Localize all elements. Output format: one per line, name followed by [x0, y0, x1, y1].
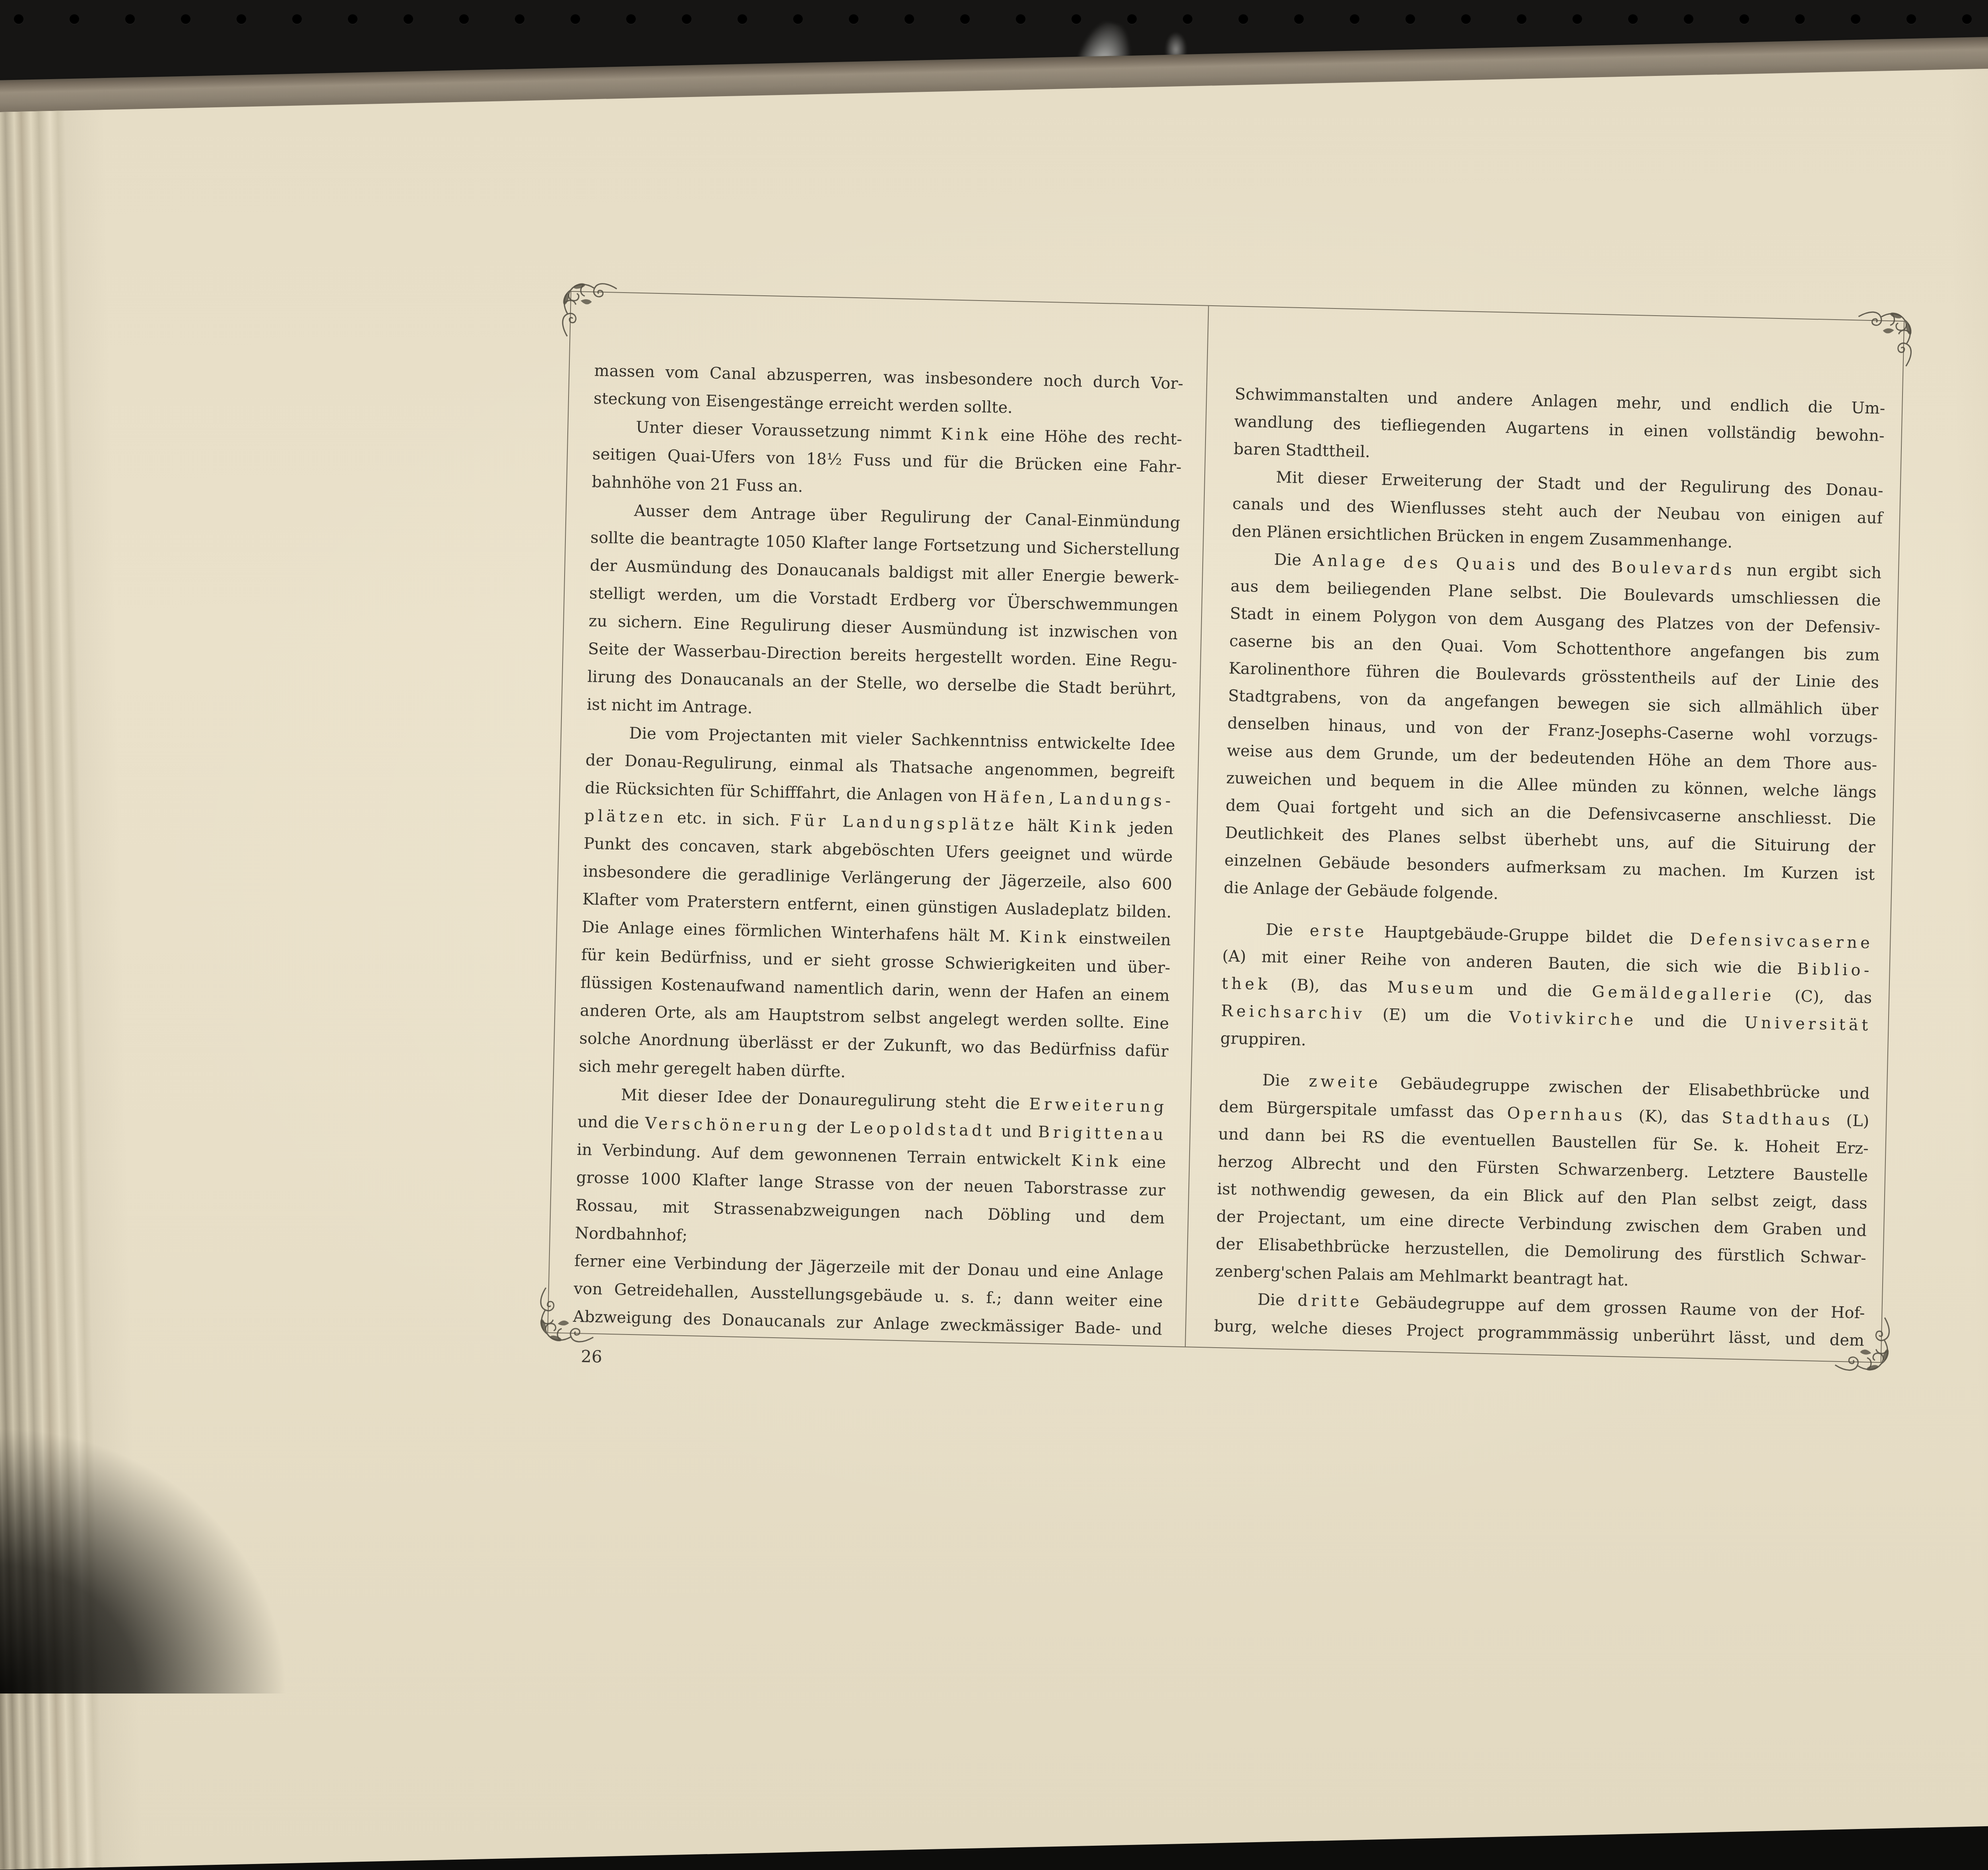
peg-hole: [70, 14, 79, 24]
letterspaced-term: Brigittenau: [1038, 1123, 1167, 1144]
peg-hole: [1239, 14, 1248, 24]
peg-hole: [849, 14, 858, 24]
peg-hole: [1851, 14, 1860, 24]
letterspaced-term: Leopoldstadt: [850, 1119, 995, 1140]
photo-backdrop: massen vom Canal abzusperren, was insbes…: [0, 0, 1988, 1692]
peg-hole: [404, 14, 413, 24]
peg-hole: [960, 14, 970, 24]
peg-hole: [682, 14, 691, 24]
peg-hole: [181, 14, 190, 24]
peg-hole: [1906, 14, 1916, 24]
peg-hole: [237, 14, 246, 24]
letterspaced-term: Kink: [1019, 928, 1070, 947]
letterspaced-term: Universität: [1744, 1013, 1872, 1034]
peg-hole: [1350, 14, 1359, 24]
peg-hole: [1795, 14, 1805, 24]
peg-hole: [738, 14, 747, 24]
letterspaced-term: Häfen: [983, 788, 1049, 807]
letterspaced-term: dritte: [1297, 1291, 1363, 1311]
peg-hole: [1628, 14, 1638, 24]
letterspaced-term: Für Landungsplätze: [790, 811, 1017, 835]
letterspaced-term: Biblio-: [1797, 960, 1873, 980]
letterspaced-term: Stadthaus: [1722, 1109, 1833, 1129]
peg-hole: [1517, 14, 1526, 24]
text-column-right: Schwimmanstalten und andere Anlagen mehr…: [1213, 380, 1885, 1354]
peg-hole: [793, 14, 803, 24]
peg-hole: [1461, 14, 1471, 24]
peg-hole: [1127, 14, 1137, 24]
peg-hole: [125, 14, 135, 24]
letterspaced-term: Museum: [1387, 978, 1477, 998]
peg-hole: [1962, 14, 1972, 24]
peg-hole: [1739, 14, 1749, 24]
peg-hole: [292, 14, 302, 24]
letterspaced-term: plätzen: [584, 807, 667, 827]
peg-hole: [1684, 14, 1693, 24]
peg-hole: [1573, 14, 1582, 24]
peg-hole: [1294, 14, 1304, 24]
peg-hole: [1072, 14, 1081, 24]
peg-hole: [626, 14, 636, 24]
peg-hole: [459, 14, 469, 24]
letterspaced-term: Anlage des Quais: [1312, 551, 1519, 574]
letterspaced-term: Defensivcaserne: [1690, 930, 1873, 952]
letterspaced-term: Boulevards: [1611, 558, 1735, 579]
peg-hole: [348, 14, 357, 24]
letterspaced-term: Reichsarchiv: [1221, 1002, 1365, 1023]
peg-hole: [571, 14, 580, 24]
shadow-overlay: [0, 1391, 326, 1692]
letterspaced-term: Gemäldegallerie: [1592, 983, 1775, 1005]
letterspaced-term: Kink: [941, 425, 991, 444]
letterspaced-term: Erweiterung: [1029, 1095, 1167, 1116]
letterspaced-term: Kink: [1071, 1152, 1122, 1171]
peg-hole: [1406, 14, 1415, 24]
letterspaced-term: zweite: [1309, 1072, 1381, 1092]
corner-flourish-icon: [557, 277, 617, 338]
peg-hole: [1183, 14, 1192, 24]
peg-hole: [1016, 14, 1025, 24]
peg-hole: [14, 14, 23, 24]
letterspaced-term: erste: [1309, 921, 1367, 941]
text-frame: massen vom Canal abzusperren, was insbes…: [547, 291, 1905, 1363]
letterspaced-term: Votivkirche: [1509, 1008, 1637, 1029]
letterspaced-term: Kink: [1069, 817, 1119, 837]
column-divider-rule: [1185, 306, 1209, 1346]
letterspaced-term: Landungs-: [1059, 790, 1175, 810]
letterspaced-term: thek: [1221, 974, 1271, 994]
letterspaced-term: Verschönerung: [645, 1114, 811, 1136]
page-number: 26: [581, 1346, 603, 1366]
corner-flourish-icon: [1857, 306, 1918, 367]
text-column-left: massen vom Canal abzusperren, was insbes…: [573, 357, 1184, 1343]
letterspaced-term: Opernhaus: [1507, 1104, 1626, 1125]
peg-hole: [515, 14, 524, 24]
peg-hole: [905, 14, 914, 24]
